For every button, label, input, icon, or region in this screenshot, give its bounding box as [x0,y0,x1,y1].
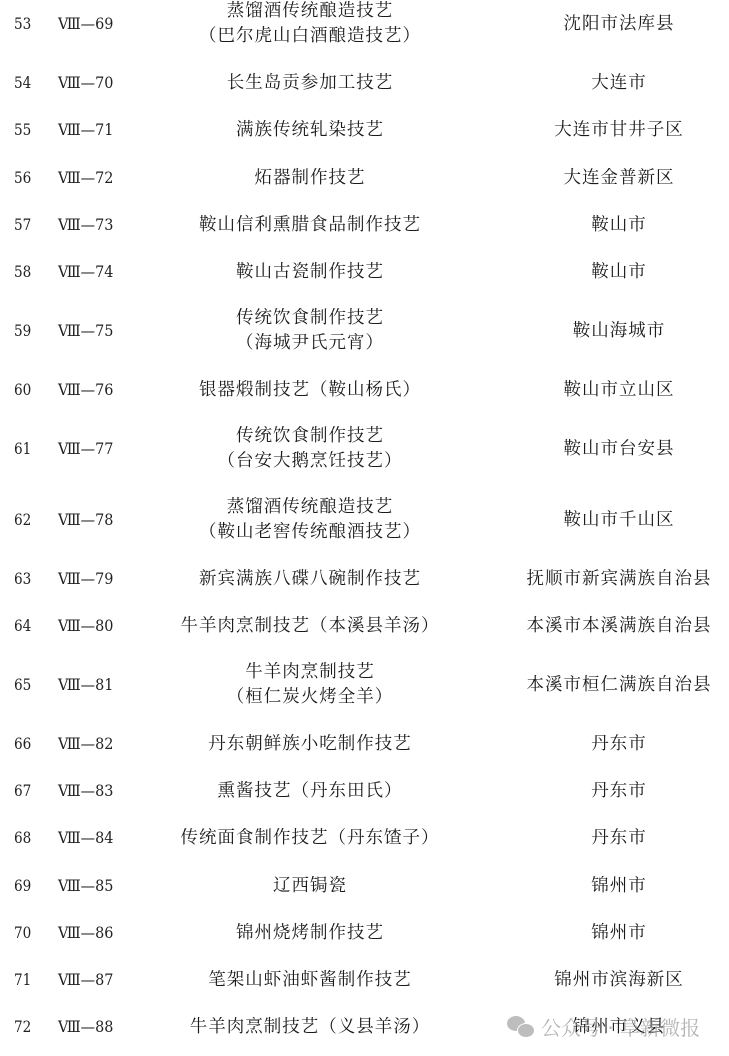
item-name-line: 牛羊肉烹制技艺（本溪县羊汤） [130,614,490,639]
row-number: 57 [14,213,38,237]
table-row: 71Ⅷ—87笔架山虾油虾酱制作技艺锦州市滨海新区 [0,968,729,993]
item-region: 鞍山市千山区 [500,508,729,532]
item-name: 蒸馏酒传统酿造技艺（巴尔虎山白酒酿造技艺） [130,0,490,49]
table-row: 53Ⅷ—69蒸馏酒传统酿造技艺（巴尔虎山白酒酿造技艺）沈阳市法库县 [0,0,729,49]
item-region: 锦州市 [500,874,729,898]
table-row: 61Ⅷ—77传统饮食制作技艺（台安大鹅烹饪技艺）鞍山市台安县 [0,424,729,474]
item-code: Ⅷ—86 [58,921,113,945]
item-name-line: 传统饮食制作技艺 [130,424,490,449]
item-name-line: 笔架山虾油虾酱制作技艺 [130,968,490,993]
wechat-icon [507,1016,535,1038]
item-name: 传统面食制作技艺（丹东馇子） [130,826,490,851]
row-number: 70 [14,921,38,945]
row-number: 54 [14,71,38,95]
item-name-line: 牛羊肉烹制技艺（义县羊汤） [130,1015,490,1040]
item-region: 大连市 [500,71,729,95]
item-name-line: （海城尹氏元宵） [130,331,490,356]
item-name-line: 传统饮食制作技艺 [130,306,490,331]
item-region: 鞍山市 [500,260,729,284]
row-number: 59 [14,319,38,343]
table-row: 56Ⅷ—72炻器制作技艺大连金普新区 [0,166,729,191]
item-code: Ⅷ—79 [58,567,113,591]
item-name: 丹东朝鲜族小吃制作技艺 [130,732,490,757]
item-name-line: （台安大鹅烹饪技艺） [130,449,490,474]
row-number: 63 [14,567,38,591]
row-number: 58 [14,260,38,284]
row-number: 53 [14,12,38,36]
item-name-line: 辽西锔瓷 [130,874,490,899]
item-region: 鞍山市 [500,213,729,237]
item-name: 炻器制作技艺 [130,166,490,191]
item-code: Ⅷ—85 [58,874,113,898]
item-region: 丹东市 [500,732,729,756]
item-region: 锦州市滨海新区 [500,968,729,992]
row-number: 62 [14,508,38,532]
item-name-line: 鞍山古瓷制作技艺 [130,260,490,285]
item-region: 鞍山市台安县 [500,437,729,461]
item-region: 本溪市本溪满族自治县 [500,614,729,638]
item-name: 锦州烧烤制作技艺 [130,921,490,946]
item-name: 牛羊肉烹制技艺（本溪县羊汤） [130,614,490,639]
item-name-line: （桓仁炭火烤全羊） [130,685,490,710]
item-name: 辽西锔瓷 [130,874,490,899]
item-name: 满族传统轧染技艺 [130,118,490,143]
item-name-line: 炻器制作技艺 [130,166,490,191]
watermark: 公众号 · 阜新微报 [507,1012,700,1041]
item-code: Ⅷ—72 [58,166,113,190]
item-region: 丹东市 [500,779,729,803]
item-name: 长生岛贡参加工技艺 [130,71,490,96]
item-code: Ⅷ—78 [58,508,113,532]
item-name: 鞍山信利熏腊食品制作技艺 [130,213,490,238]
item-region: 鞍山海城市 [500,319,729,343]
row-number: 65 [14,673,38,697]
item-code: Ⅷ—81 [58,673,113,697]
item-name: 传统饮食制作技艺（台安大鹅烹饪技艺） [130,424,490,474]
item-region: 沈阳市法库县 [500,12,729,36]
item-name-line: 锦州烧烤制作技艺 [130,921,490,946]
table-row: 63Ⅷ—79新宾满族八碟八碗制作技艺抚顺市新宾满族自治县 [0,567,729,592]
item-name: 熏酱技艺（丹东田氏） [130,779,490,804]
item-code: Ⅷ—82 [58,732,113,756]
item-region: 鞍山市立山区 [500,378,729,402]
table-row: 64Ⅷ—80牛羊肉烹制技艺（本溪县羊汤）本溪市本溪满族自治县 [0,614,729,639]
item-name: 鞍山古瓷制作技艺 [130,260,490,285]
item-name-line: 长生岛贡参加工技艺 [130,71,490,96]
row-number: 64 [14,614,38,638]
item-code: Ⅷ—77 [58,437,113,461]
item-region: 抚顺市新宾满族自治县 [500,567,729,591]
item-name-line: 牛羊肉烹制技艺 [130,660,490,685]
item-name-line: 丹东朝鲜族小吃制作技艺 [130,732,490,757]
item-code: Ⅷ—80 [58,614,113,638]
item-region: 大连市甘井子区 [500,118,729,142]
item-name-line: 满族传统轧染技艺 [130,118,490,143]
row-number: 60 [14,378,38,402]
item-name: 新宾满族八碟八碗制作技艺 [130,567,490,592]
item-name: 牛羊肉烹制技艺（桓仁炭火烤全羊） [130,660,490,710]
item-region: 本溪市桓仁满族自治县 [500,673,729,697]
row-number: 72 [14,1015,38,1039]
item-name: 笔架山虾油虾酱制作技艺 [130,968,490,993]
row-number: 69 [14,874,38,898]
item-name-line: 银器煅制技艺（鞍山杨氏） [130,378,490,403]
item-code: Ⅷ—87 [58,968,113,992]
row-number: 56 [14,166,38,190]
item-code: Ⅷ—73 [58,213,113,237]
item-code: Ⅷ—71 [58,118,113,142]
table-row: 65Ⅷ—81牛羊肉烹制技艺（桓仁炭火烤全羊）本溪市桓仁满族自治县 [0,660,729,710]
table-row: 66Ⅷ—82丹东朝鲜族小吃制作技艺丹东市 [0,732,729,757]
row-number: 55 [14,118,38,142]
item-code: Ⅷ—74 [58,260,113,284]
row-number: 67 [14,779,38,803]
item-code: Ⅷ—76 [58,378,113,402]
item-code: Ⅷ—83 [58,779,113,803]
item-name-line: 蒸馏酒传统酿造技艺 [130,495,490,520]
watermark-text: 公众号 · 阜新微报 [541,1012,700,1041]
table-row: 55Ⅷ—71满族传统轧染技艺大连市甘井子区 [0,118,729,143]
item-name-line: （鞍山老窖传统酿酒技艺） [130,520,490,545]
table-row: 70Ⅷ—86锦州烧烤制作技艺锦州市 [0,921,729,946]
item-name-line: 传统面食制作技艺（丹东馇子） [130,826,490,851]
item-code: Ⅷ—84 [58,826,113,850]
row-number: 66 [14,732,38,756]
item-name-line: （巴尔虎山白酒酿造技艺） [130,24,490,49]
table-row: 69Ⅷ—85辽西锔瓷锦州市 [0,874,729,899]
item-name-line: 蒸馏酒传统酿造技艺 [130,0,490,24]
table-row: 62Ⅷ—78蒸馏酒传统酿造技艺（鞍山老窖传统酿酒技艺）鞍山市千山区 [0,495,729,545]
table-row: 57Ⅷ—73鞍山信利熏腊食品制作技艺鞍山市 [0,213,729,238]
item-code: Ⅷ—88 [58,1015,113,1039]
item-name-line: 新宾满族八碟八碗制作技艺 [130,567,490,592]
item-name: 银器煅制技艺（鞍山杨氏） [130,378,490,403]
table-row: 67Ⅷ—83熏酱技艺（丹东田氏）丹东市 [0,779,729,804]
item-code: Ⅷ—75 [58,319,113,343]
table-row: 58Ⅷ—74鞍山古瓷制作技艺鞍山市 [0,260,729,285]
item-code: Ⅷ—69 [58,12,113,36]
item-name-line: 熏酱技艺（丹东田氏） [130,779,490,804]
item-name: 蒸馏酒传统酿造技艺（鞍山老窖传统酿酒技艺） [130,495,490,545]
table-row: 54Ⅷ—70长生岛贡参加工技艺大连市 [0,71,729,96]
item-region: 丹东市 [500,826,729,850]
row-number: 71 [14,968,38,992]
item-region: 大连金普新区 [500,166,729,190]
table-row: 59Ⅷ—75传统饮食制作技艺（海城尹氏元宵）鞍山海城市 [0,306,729,356]
item-name-line: 鞍山信利熏腊食品制作技艺 [130,213,490,238]
item-code: Ⅷ—70 [58,71,113,95]
table-row: 60Ⅷ—76银器煅制技艺（鞍山杨氏）鞍山市立山区 [0,378,729,403]
row-number: 68 [14,826,38,850]
row-number: 61 [14,437,38,461]
item-name: 牛羊肉烹制技艺（义县羊汤） [130,1015,490,1040]
item-name: 传统饮食制作技艺（海城尹氏元宵） [130,306,490,356]
table-row: 68Ⅷ—84传统面食制作技艺（丹东馇子）丹东市 [0,826,729,851]
item-region: 锦州市 [500,921,729,945]
